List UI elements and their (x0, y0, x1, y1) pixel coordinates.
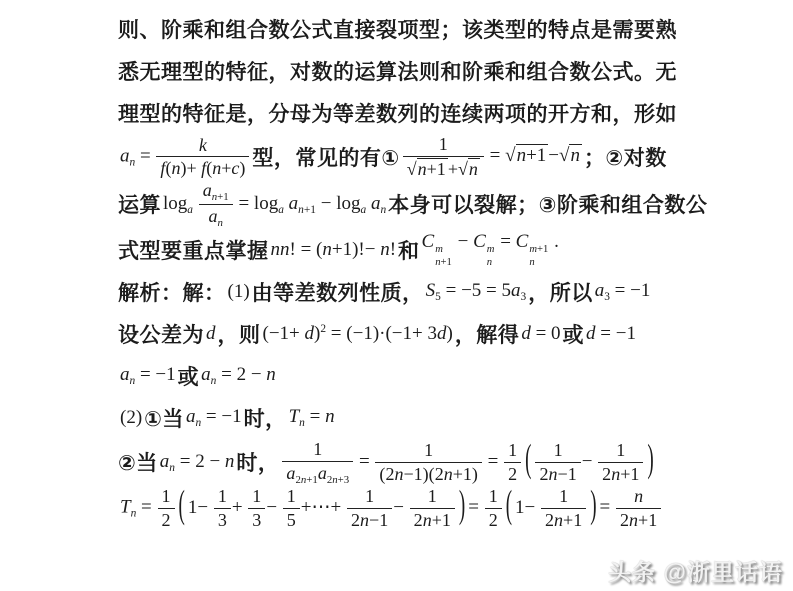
math-expression: an = 2 − n (199, 364, 278, 387)
cn-text: ②当 (118, 447, 158, 477)
cn-text: 或 (178, 361, 200, 391)
text-line: 设公差为d，则(−1+ d)2 = (−1)·(−1+ 3d)，解得d = 0或… (118, 313, 763, 355)
watermark: 头条 @浙里话语 (608, 554, 783, 587)
text-line: 解析：解：(1)由等差数列性质，S5 = −5 = 5a3，所以a3 = −1 (118, 271, 763, 313)
math-expression: an = −1 (184, 406, 244, 429)
math-expression: 1√n+1+√n = √n+1−√n (400, 134, 584, 180)
cn-text: ；②对数 (584, 142, 667, 172)
text-line: an = −1或an = 2 − n (118, 355, 763, 397)
cn-text: 本身可以裂解；③阶乘和组合数公 (388, 189, 707, 219)
cn-text: 则、阶乘和组合数公式直接裂项型；该类型的特点是需要熟 (118, 14, 677, 44)
math-expression: d = −1 (584, 323, 638, 345)
math-expression: an = −1 (118, 364, 178, 387)
math-expression: nn! = (n+1)!− n! (269, 239, 399, 261)
cn-text: ，则 (218, 319, 261, 349)
math-expression: d (204, 323, 218, 345)
text-line: 运算loga an+1an = loga an+1 − loga an本身可以裂… (118, 180, 763, 229)
math-expression: loga an+1an = loga an+1 − loga an (161, 180, 388, 229)
text-line: Tn = 12(1− 13+ 13− 15+⋯+ 12n−1− 12n+1)= … (118, 486, 763, 531)
cn-text: 时， (236, 447, 279, 477)
document-page: { "page": { "background": "#ffffff", "te… (0, 0, 793, 591)
text-line: ②当an = 2 − n时，1a2n+1a2n+3 = 1(2n−1)(2n+1… (118, 439, 763, 486)
math-expression: S5 = −5 = 5a3 (424, 280, 529, 303)
math-expression: Tn = 12(1− 13+ 13− 15+⋯+ 12n−1− 12n+1)= … (118, 486, 664, 531)
document-body: 则、阶乘和组合数公式直接裂项型；该类型的特点是需要熟悉无理型的特征，对数的运算法… (0, 0, 793, 530)
math-expression: an = 2 − n (158, 451, 237, 474)
cn-text: 设公差为 (118, 319, 204, 349)
cn-text: 运算 (118, 189, 161, 219)
math-expression: Tn = n (287, 406, 337, 429)
cn-text: 或 (563, 319, 585, 349)
text-line: (2)①当an = −1时，Tn = n (118, 397, 763, 439)
cn-text: 型，常见的有① (252, 142, 399, 172)
cn-text: 和 (398, 235, 420, 265)
math-expression: (−1+ d)2 = (−1)·(−1+ 3d) (261, 323, 455, 345)
text-line: 悉无理型的特征，对数的运算法则和阶乘和组合数公式。无 (118, 50, 763, 92)
cn-text: 解析：解： (118, 277, 226, 307)
math-expression: (2) (118, 407, 144, 429)
cn-text: 由等差数列性质， (252, 277, 424, 307)
math-expression: d = 0 (519, 323, 562, 345)
text-line: 理型的特征是，分母为等差数列的连续两项的开方和，形如 (118, 92, 763, 134)
text-line: 则、阶乘和组合数公式直接裂项型；该类型的特点是需要熟 (118, 8, 763, 50)
math-expression: an = kf(n)+ f(n+c) (118, 135, 252, 180)
math-expression: (1) (226, 281, 252, 303)
cn-text: 悉无理型的特征，对数的运算法则和阶乘和组合数公式。无 (118, 56, 677, 86)
text-line: an = kf(n)+ f(n+c)型，常见的有①1√n+1+√n = √n+1… (118, 134, 763, 180)
math-expression: Cmn+1 − Cmn = Cm+1n . (420, 231, 561, 270)
cn-text: 式型要重点掌握 (118, 235, 269, 265)
cn-text: 理型的特征是，分母为等差数列的连续两项的开方和，形如 (118, 98, 677, 128)
math-expression: 1a2n+1a2n+3 = 1(2n−1)(2n+1) = 12(12n−1− … (279, 439, 658, 486)
cn-text: ①当 (144, 403, 184, 433)
cn-text: ，所以 (528, 277, 593, 307)
cn-text: ，解得 (455, 319, 520, 349)
text-line: 式型要重点掌握nn! = (n+1)!− n!和Cmn+1 − Cmn = Cm… (118, 229, 763, 271)
math-expression: a3 = −1 (593, 280, 653, 303)
cn-text: 时， (244, 403, 287, 433)
